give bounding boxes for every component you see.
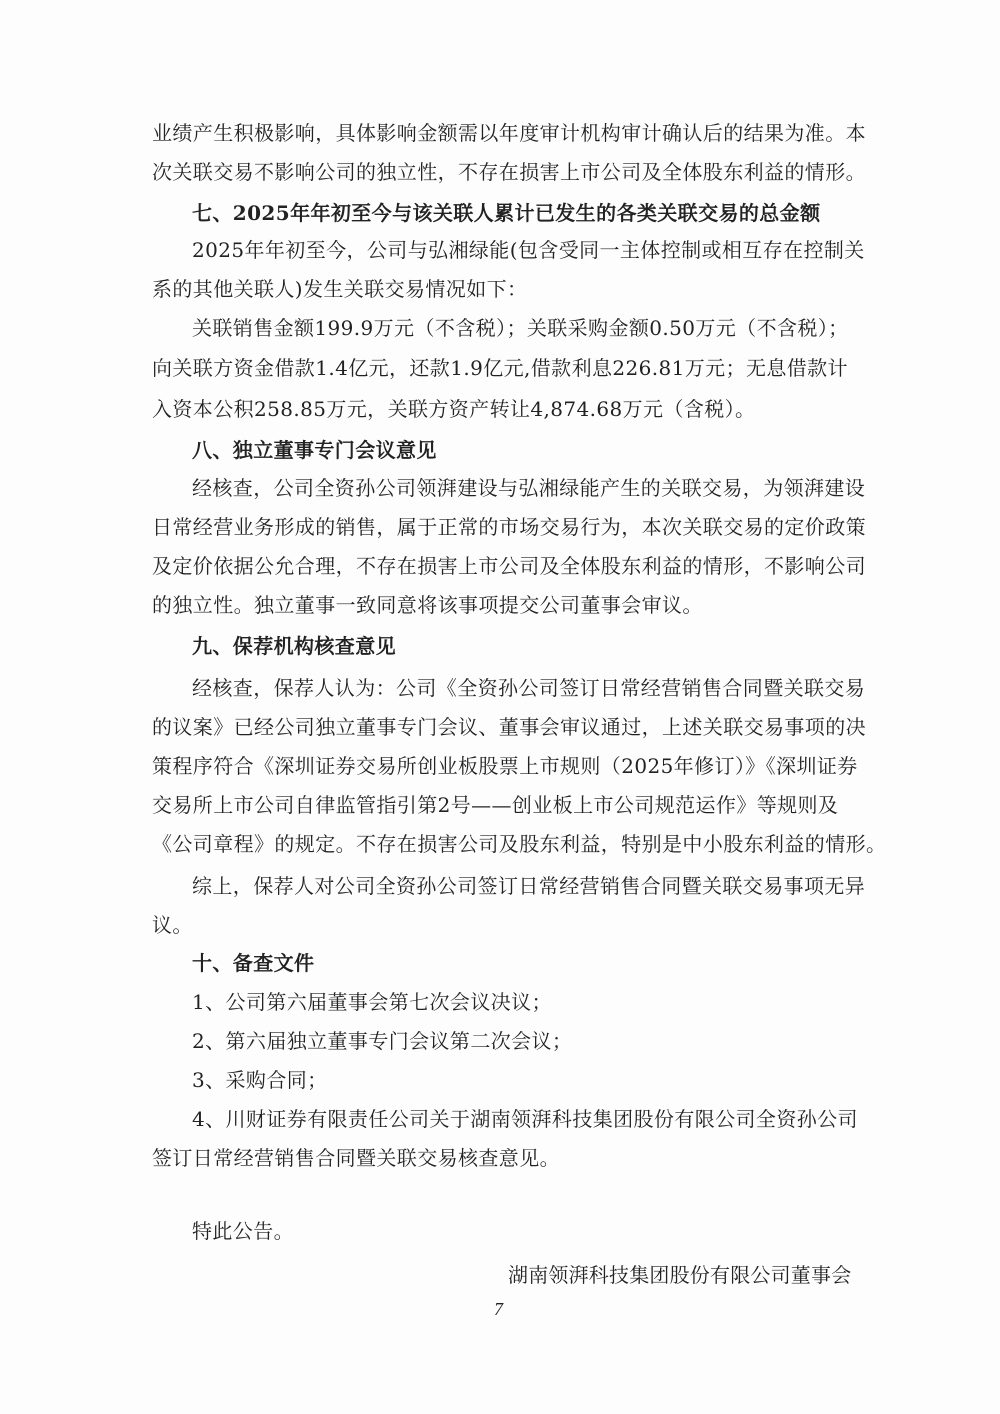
reference-item-2: 2、第六届独立董事专门会议第二次会议； <box>192 1028 848 1054</box>
body-text-line: 向关联方资金借款1.4亿元，还款1.9亿元,借款利息226.81万元；无息借款计 <box>152 355 848 381</box>
body-text-line: 《公司章程》的规定。不存在损害公司及股东利益，特别是中小股东利益的情形。 <box>152 831 848 857</box>
body-text-line: 交易所上市公司自律监管指引第2号——创业板上市公司规范运作》等规则及 <box>152 792 848 818</box>
body-text-line: 关联销售金额199.9万元（不含税）；关联采购金额0.50万元（不含税）； <box>192 315 848 341</box>
body-text-line: 2025年年初至今，公司与弘湘绿能(包含受同一主体控制或相互存在控制关 <box>192 237 848 263</box>
section-heading-10: 十、备查文件 <box>192 950 848 976</box>
body-text-line: 综上，保荐人对公司全资孙公司签订日常经营销售合同暨关联交易事项无异 <box>192 873 848 899</box>
body-text-line: 签订日常经营销售合同暨关联交易核查意见。 <box>152 1145 848 1171</box>
closing-statement: 特此公告。 <box>192 1218 848 1244</box>
signature: 湖南领湃科技集团股份有限公司董事会 <box>508 1262 848 1288</box>
body-text-line: 经核查，公司全资孙公司领湃建设与弘湘绿能产生的关联交易，为领湃建设 <box>192 475 848 501</box>
section-heading-7: 七、2025年年初至今与该关联人累计已发生的各类关联交易的总金额 <box>192 200 848 226</box>
section-heading-8: 八、独立董事专门会议意见 <box>192 437 848 463</box>
reference-item-3: 3、采购合同； <box>192 1067 848 1093</box>
body-text-line: 及定价依据公允合理，不存在损害上市公司及全体股东利益的情形，不影响公司 <box>152 553 848 579</box>
body-text-line: 系的其他关联人)发生关联交易情况如下： <box>152 276 848 302</box>
page-number: 7 <box>494 1296 514 1322</box>
body-text-line: 策程序符合《深圳证券交易所创业板股票上市规则（2025年修订）》《深圳证券 <box>152 753 848 779</box>
body-text-line: 议。 <box>152 912 848 938</box>
section-heading-9: 九、保荐机构核查意见 <box>192 633 848 659</box>
document-page: 业绩产生积极影响，具体影响金额需以年度审计机构审计确认后的结果为准。本 次关联交… <box>0 0 1000 1414</box>
body-text-line: 日常经营业务形成的销售，属于正常的市场交易行为，本次关联交易的定价政策 <box>152 514 848 540</box>
body-text-line: 经核查，保荐人认为：公司《全资孙公司签订日常经营销售合同暨关联交易 <box>192 675 848 701</box>
body-text-line: 的独立性。独立董事一致同意将该事项提交公司董事会审议。 <box>152 592 848 618</box>
body-text-line: 的议案》已经公司独立董事专门会议、董事会审议通过，上述关联交易事项的决 <box>152 714 848 740</box>
reference-item-4: 4、川财证券有限责任公司关于湖南领湃科技集团股份有限公司全资孙公司 <box>192 1106 848 1132</box>
body-text-line: 业绩产生积极影响，具体影响金额需以年度审计机构审计确认后的结果为准。本 <box>152 120 848 146</box>
body-text-line: 次关联交易不影响公司的独立性，不存在损害上市公司及全体股东利益的情形。 <box>152 159 848 185</box>
reference-item-1: 1、公司第六届董事会第七次会议决议； <box>192 989 848 1015</box>
body-text-line: 入资本公积258.85万元，关联方资产转让4,874.68万元（含税）。 <box>152 396 848 422</box>
